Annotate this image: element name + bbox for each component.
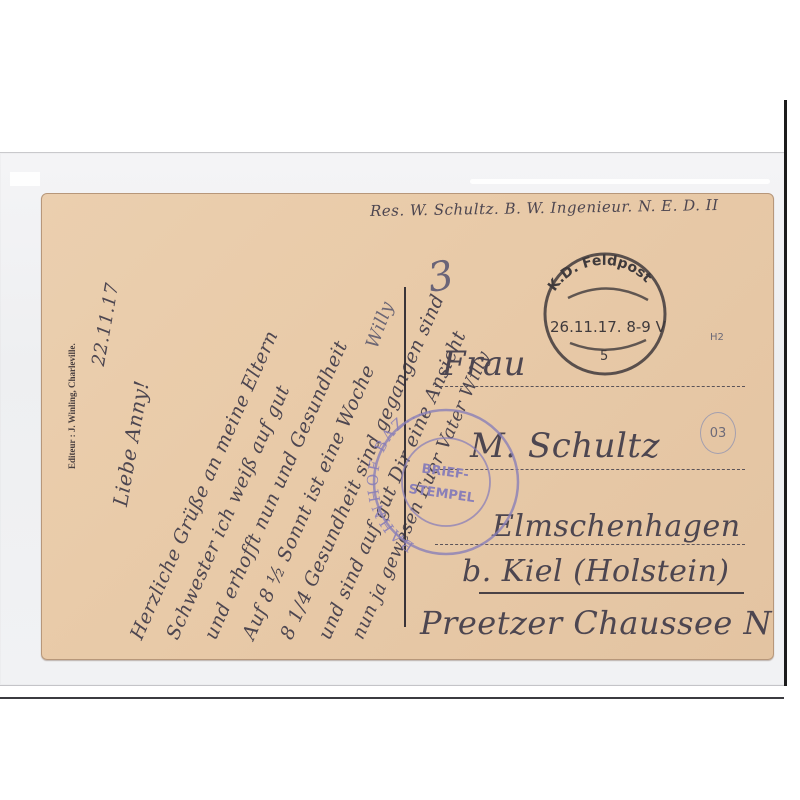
publisher-imprint: Editeur : J. Winling, Charleville.	[67, 343, 77, 469]
bahnhof-ring-text: BAHNHOF BAZ...	[365, 404, 426, 556]
pencil-note: H2	[710, 332, 724, 343]
feldpost-date: 26.11.17. 8-9 V	[550, 318, 667, 336]
feldpost-number: 5	[600, 349, 608, 364]
date-written: 22.11.17	[88, 281, 123, 368]
recipient-salutation: Frau	[442, 344, 526, 384]
signature: Willy	[362, 299, 398, 351]
address-rule	[479, 592, 744, 594]
recipient-street: Preetzer Chaussee N. 98	[420, 604, 774, 642]
address-rule	[435, 386, 745, 387]
bahnhof-brief-stempel: BAHNHOF BAZ... BRIEF- STEMPEL	[365, 404, 527, 556]
sleeve-glare	[470, 179, 770, 184]
bahnhof-center-1: BRIEF-	[421, 462, 470, 483]
svg-text:BAHNHOF BAZ...: BAHNHOF BAZ...	[365, 404, 426, 556]
pencil-note: 03	[710, 426, 727, 441]
sleeve-edge	[0, 697, 784, 699]
sleeve-glare	[10, 172, 40, 186]
sleeve-edge	[784, 100, 787, 686]
bahnhof-center-2: STEMPEL	[408, 482, 476, 506]
feldpost-postmark: K.D. Feldpost 26.11.17. 8-9 V 5	[528, 248, 678, 378]
photo-stage: Res. W. Schultz. B. W. Ingenieur. N. E. …	[0, 0, 800, 800]
sender-line: Res. W. Schultz. B. W. Ingenieur. N. E. …	[370, 196, 719, 220]
greeting: Liebe Anny!	[108, 378, 154, 508]
recipient-town: Elmschenhagen	[492, 509, 741, 544]
recipient-district: b. Kiel (Holstein)	[462, 554, 730, 589]
pencil-note-circled: 03	[700, 412, 736, 454]
